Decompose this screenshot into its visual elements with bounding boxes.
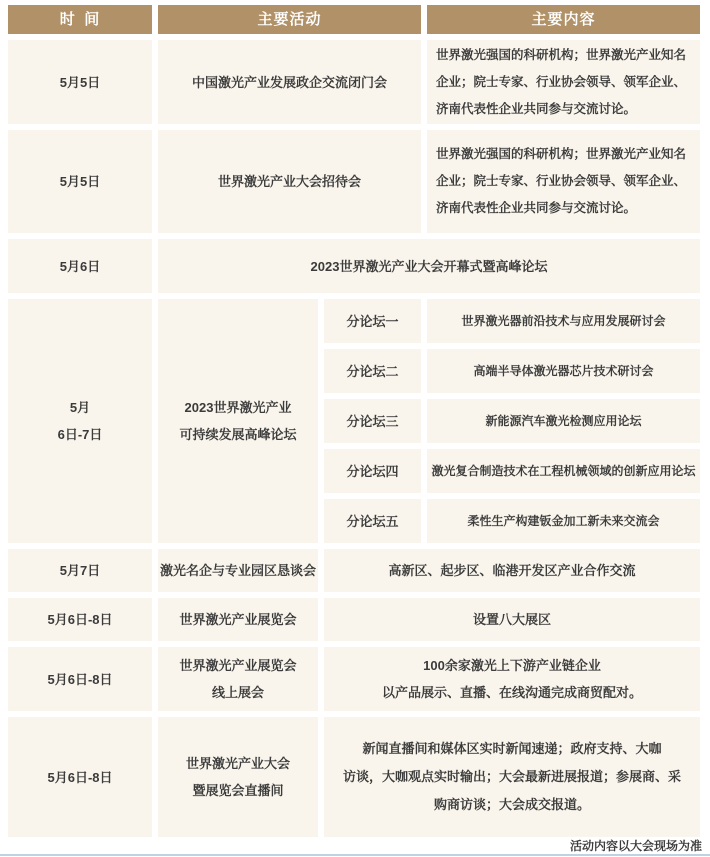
table-row: 5月6日-8日 世界激光产业大会 暨展览会直播间 新闻直播间和媒体区实时新闻速递… — [8, 717, 702, 837]
bottom-divider-line — [0, 854, 710, 856]
time-cell: 5月6日 — [8, 239, 152, 293]
content-cell: 设置八大展区 — [324, 598, 700, 641]
table-row-forums: 5月 6日-7日 2023世界激光产业 可持续发展高峰论坛 分论坛一 世界激光器… — [8, 299, 702, 543]
forum-content: 高端半导体激光器芯片技术研讨会 — [427, 349, 700, 393]
forum-label: 分论坛二 — [324, 349, 421, 393]
activity-cell: 2023世界激光产业 可持续发展高峰论坛 — [158, 299, 318, 543]
table-row: 5月5日 世界激光产业大会招待会 世界激光强国的科研机构；世界激光产业知名 企业… — [8, 130, 702, 233]
activity-cell: 世界激光产业展览会 线上展会 — [158, 647, 318, 711]
forum-label: 分论坛一 — [324, 299, 421, 343]
activity-cell: 中国激光产业发展政企交流闭门会 — [158, 40, 421, 124]
forum-label: 分论坛三 — [324, 399, 421, 443]
content-cell: 世界激光强国的科研机构；世界激光产业知名 企业；院士专家、行业协会领导、领军企业… — [427, 130, 700, 233]
schedule-table: 时 间 主要活动 主要内容 5月5日 中国激光产业发展政企交流闭门会 世界激光强… — [0, 0, 710, 837]
content-cell: 100余家激光上下游产业链企业 以产品展示、直播、在线沟通完成商贸配对。 — [324, 647, 700, 711]
forum-content: 柔性生产构建钣金加工新未来交流会 — [427, 499, 700, 543]
table-row: 5月5日 中国激光产业发展政企交流闭门会 世界激光强国的科研机构；世界激光产业知… — [8, 40, 702, 124]
activity-cell: 世界激光产业大会 暨展览会直播间 — [158, 717, 318, 837]
footer-note: 活动内容以大会现场为准 — [570, 837, 702, 854]
time-cell: 5月6日-8日 — [8, 717, 152, 837]
time-cell: 5月5日 — [8, 40, 152, 124]
time-cell: 5月6日-8日 — [8, 598, 152, 641]
forum-label: 分论坛四 — [324, 449, 421, 493]
activity-cell: 世界激光产业大会招待会 — [158, 130, 421, 233]
table-row: 5月7日 激光名企与专业园区恳谈会 高新区、起步区、临港开发区产业合作交流 — [8, 549, 702, 592]
content-cell: 新闻直播间和媒体区实时新闻速递；政府支持、大咖 访谈，大咖观点实时输出；大会最新… — [324, 717, 700, 837]
footer: 活动内容以大会现场为准 — [0, 837, 710, 854]
table-header-row: 时 间 主要活动 主要内容 — [8, 5, 702, 34]
merged-event-cell: 2023世界激光产业大会开幕式暨高峰论坛 — [158, 239, 700, 293]
table-header-time: 时 间 — [8, 5, 152, 34]
time-cell: 5月7日 — [8, 549, 152, 592]
forum-content: 新能源汽车激光检测应用论坛 — [427, 399, 700, 443]
table-row: 5月6日-8日 世界激光产业展览会 线上展会 100余家激光上下游产业链企业 以… — [8, 647, 702, 711]
activity-cell: 世界激光产业展览会 — [158, 598, 318, 641]
content-cell: 世界激光强国的科研机构；世界激光产业知名 企业；院士专家、行业协会领导、领军企业… — [427, 40, 700, 124]
activity-cell: 激光名企与专业园区恳谈会 — [158, 549, 318, 592]
forum-label: 分论坛五 — [324, 499, 421, 543]
table-header-activity: 主要活动 — [158, 5, 421, 34]
time-cell: 5月5日 — [8, 130, 152, 233]
table-header-content: 主要内容 — [427, 5, 700, 34]
table-row: 5月6日-8日 世界激光产业展览会 设置八大展区 — [8, 598, 702, 641]
time-cell: 5月6日-8日 — [8, 647, 152, 711]
content-cell: 高新区、起步区、临港开发区产业合作交流 — [324, 549, 700, 592]
forum-content: 世界激光器前沿技术与应用发展研讨会 — [427, 299, 700, 343]
forum-content: 激光复合制造技术在工程机械领域的创新应用论坛 — [427, 449, 700, 493]
time-cell: 5月 6日-7日 — [8, 299, 152, 543]
table-row: 5月6日 2023世界激光产业大会开幕式暨高峰论坛 — [8, 239, 702, 293]
